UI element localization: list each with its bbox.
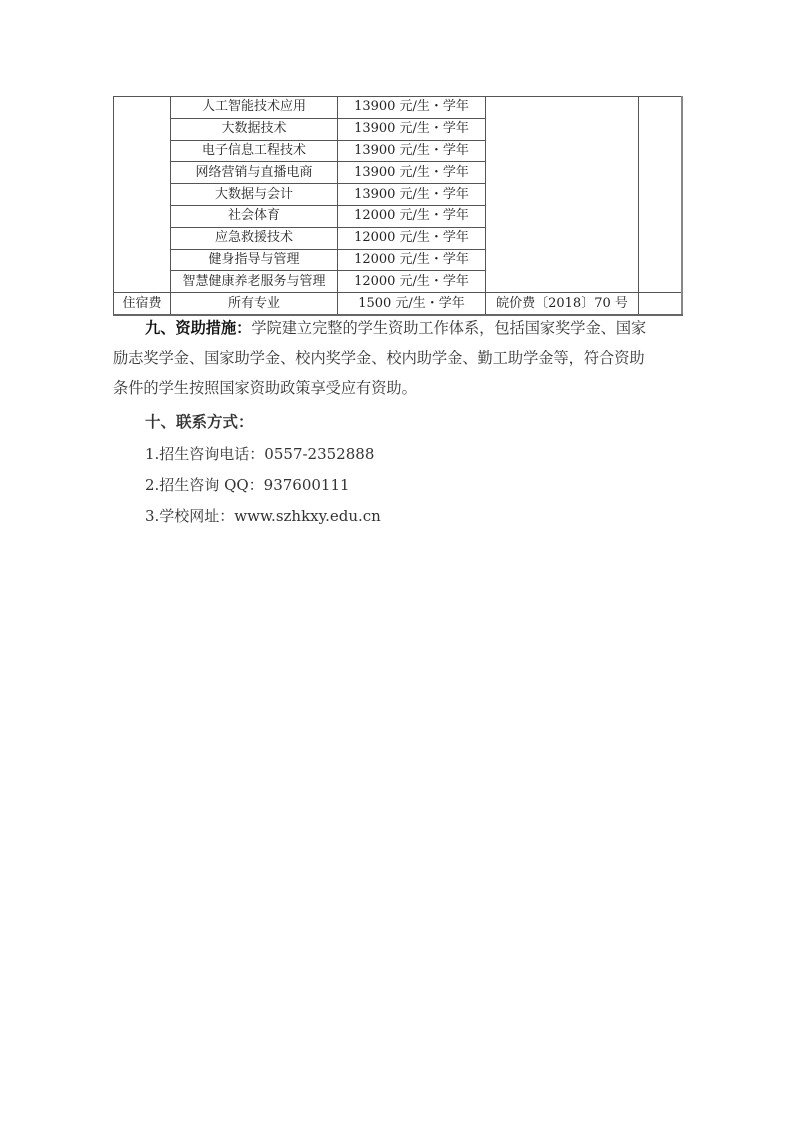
fee-cell: 13900 元/生・学年 [338,140,486,162]
major-cell: 社会体育 [171,205,338,227]
major-cell: 电子信息工程技术 [171,140,338,162]
fee-cell: 13900 元/生・学年 [338,162,486,184]
table-row-accommodation: 住宿费 所有专业 1500 元/生・学年 皖价费〔2018〕70 号 [114,293,683,315]
section9-line3: 条件的学生按照国家资助政策享受应有资助。 [113,373,688,403]
fee-cell: 12000 元/生・学年 [338,271,486,293]
note-cell [639,293,683,315]
major-cell: 网络营销与直播电商 [171,162,338,184]
note-cell [639,97,683,293]
fee-cell: 12000 元/生・学年 [338,249,486,271]
major-cell: 所有专业 [171,293,338,315]
table-row: 人工智能技术应用 13900 元/生・学年 [114,97,683,119]
category-cell: 住宿费 [114,293,171,315]
major-cell: 大数据技术 [171,118,338,140]
section9-line2: 励志奖学金、国家助学金、校内奖学金、校内助学金、勤工助学金等，符合资助 [113,343,688,373]
major-cell: 大数据与会计 [171,184,338,206]
section9-line1: 九、资助措施：学院建立完整的学生资助工作体系，包括国家奖学金、国家 [145,313,685,343]
fee-cell: 12000 元/生・学年 [338,227,486,249]
major-cell: 健身指导与管理 [171,249,338,271]
category-cell [114,97,171,293]
fee-cell: 12000 元/生・学年 [338,205,486,227]
contact-qq: 2.招生咨询 QQ：937600111 [145,474,350,495]
contact-website: 3.学校网址：www.szhkxy.edu.cn [145,505,381,526]
basis-cell: 皖价费〔2018〕70 号 [486,293,639,315]
major-cell: 人工智能技术应用 [171,97,338,119]
fee-cell: 13900 元/生・学年 [338,97,486,119]
section9-text: 学院建立完整的学生资助工作体系，包括国家奖学金、国家 [251,319,646,337]
major-cell: 智慧健康养老服务与管理 [171,271,338,293]
fee-cell: 13900 元/生・学年 [338,118,486,140]
basis-cell [486,97,639,293]
fee-cell: 1500 元/生・学年 [338,293,486,315]
document-page: 人工智能技术应用 13900 元/生・学年 大数据技术 13900 元/生・学年… [0,0,793,1122]
section9-heading: 九、资助措施： [145,319,251,337]
fee-cell: 13900 元/生・学年 [338,184,486,206]
section10-heading: 十、联系方式： [145,410,254,432]
major-cell: 应急救援技术 [171,227,338,249]
fee-table: 人工智能技术应用 13900 元/生・学年 大数据技术 13900 元/生・学年… [113,96,683,316]
contact-phone: 1.招生咨询电话：0557-2352888 [145,443,374,464]
